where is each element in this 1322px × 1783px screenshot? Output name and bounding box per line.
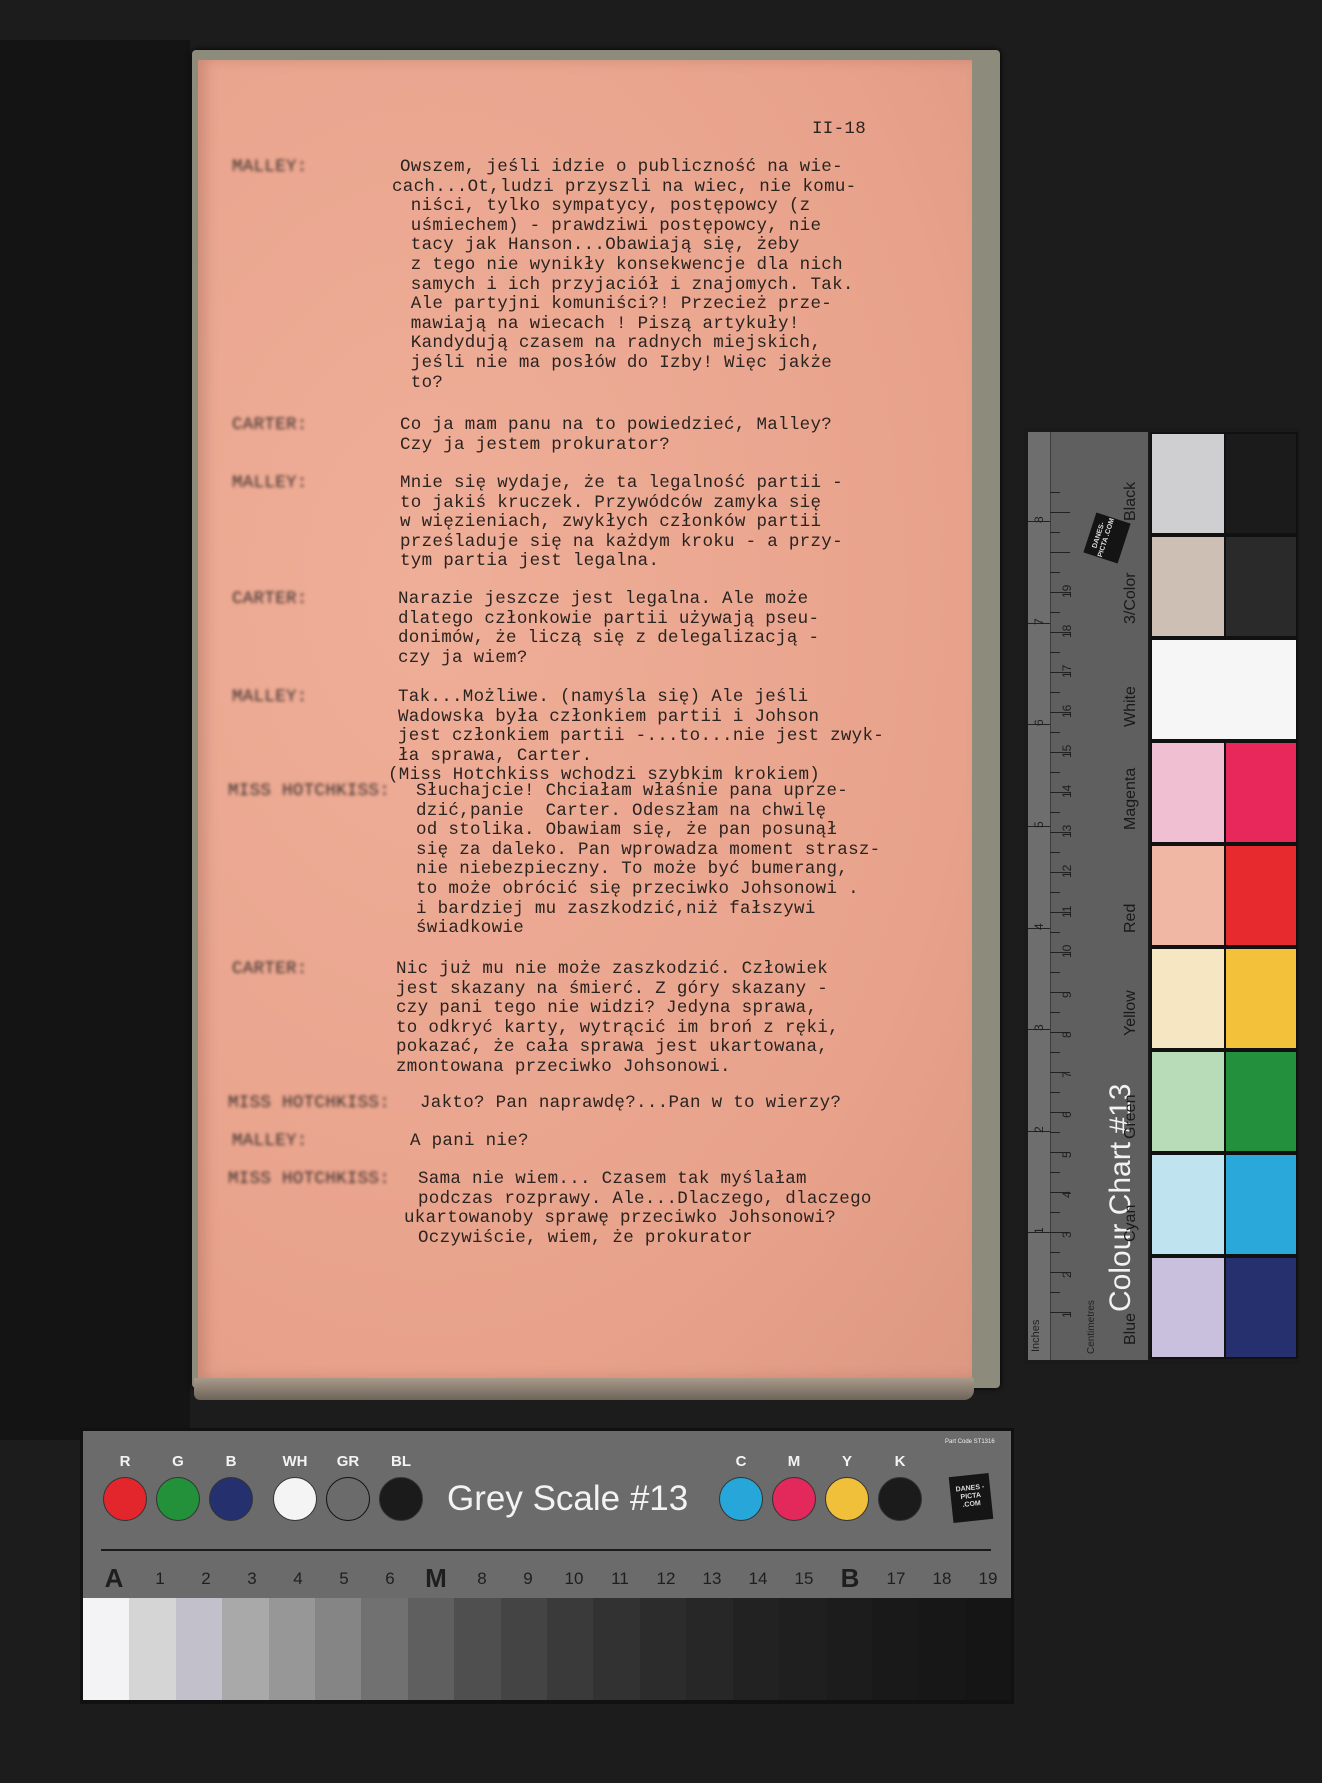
step-label: 3 — [237, 1569, 267, 1589]
step-label: 2 — [191, 1569, 221, 1589]
ruler-tick — [1050, 1092, 1060, 1093]
inch-tick-label: 6 — [1032, 720, 1046, 727]
dialogue-line: Oczywiście, wiem, że prokurator — [418, 1229, 753, 1249]
colour-patch-label: 3/Color — [1122, 572, 1140, 624]
ruler-tick — [1050, 532, 1060, 533]
ruler-tick — [1050, 692, 1060, 693]
dialogue-line: zmontowana przeciwko Johsonowi. — [396, 1058, 731, 1078]
step-label: 13 — [697, 1569, 727, 1589]
dialogue-line: A pani nie? — [410, 1132, 529, 1152]
ruler-tick — [1050, 772, 1060, 773]
grey-step-patch — [222, 1598, 268, 1700]
colour-patch-label: Black — [1122, 482, 1140, 521]
dialogue-line: Ale partyjni komuniści?! Przecież prze- — [400, 295, 832, 315]
colour-dot — [326, 1477, 370, 1521]
colour-patch-label: Green — [1122, 1095, 1140, 1139]
speaker-name: MISS HOTCHKISS: — [228, 1170, 390, 1190]
dialogue-line: cach...Ot,ludzi przyszli na wiec, nie ko… — [392, 178, 856, 198]
dialogue-line: dlatego członkowie partii używają pseu- — [398, 610, 819, 630]
inch-tick-label: 8 — [1032, 517, 1046, 524]
dialogue-line: ukartowanoby sprawę przeciwko Johsonowi? — [404, 1209, 836, 1229]
dialogue-line: uśmiechem) - prawdziwi postępowcy, nie — [400, 217, 821, 237]
dialogue-line: Narazie jeszcze jest legalna. Ale może — [398, 590, 808, 610]
dialogue-line: Nic już mu nie może zaszkodzić. Człowiek — [396, 960, 828, 980]
cm-tick-label: 17 — [1060, 665, 1074, 678]
colour-dot — [103, 1477, 147, 1521]
grey-step-patch — [547, 1598, 593, 1700]
dialogue-line: to jakiś kruczek. Przywódców zamyka się — [400, 494, 821, 514]
dialogue-line: to? — [400, 374, 443, 394]
cm-tick-label: 4 — [1060, 1191, 1074, 1198]
ruler-tick — [1050, 812, 1060, 813]
grey-step-patch — [640, 1598, 686, 1700]
cm-tick-label: 19 — [1060, 585, 1074, 598]
ruler-tick — [1050, 572, 1060, 573]
dialogue-line: się za daleko. Pan wprowadza moment stra… — [416, 841, 880, 861]
step-label: 15 — [789, 1569, 819, 1589]
grey-step-patch — [593, 1598, 639, 1700]
page-number: II-18 — [812, 120, 866, 140]
dot-label: GR — [328, 1453, 368, 1470]
grey-step-patch — [501, 1598, 547, 1700]
inch-tick-label: 4 — [1032, 923, 1046, 930]
dialogue-line: Wadowska była członkiem partii i Johson — [398, 708, 819, 728]
grey-step-patch — [129, 1598, 175, 1700]
step-label: 10 — [559, 1569, 589, 1589]
grey-step-patch — [454, 1598, 500, 1700]
dialogue-line: Tak...Możliwe. (namyśla się) Ale jeśli — [398, 688, 808, 708]
dialogue-line: ła sprawa, Carter. — [398, 747, 592, 767]
speaker-name: MISS HOTCHKISS: — [228, 782, 390, 802]
ruler-tick — [1050, 612, 1060, 613]
dialogue-line: Kandydują czasem na radnych miejskich, — [400, 334, 821, 354]
colour-patch-light — [1150, 844, 1226, 947]
grey-step-patch — [686, 1598, 732, 1700]
cm-tick-label: 6 — [1060, 1111, 1074, 1118]
ruler-tick — [1050, 512, 1070, 513]
dialogue-line: podczas rozprawy. Ale...Dlaczego, dlacze… — [418, 1190, 872, 1210]
inch-tick-label: 3 — [1032, 1025, 1046, 1032]
colour-patch-light — [1150, 1153, 1226, 1256]
dialogue-line: od stolika. Obawiam się, że pan posunął — [416, 821, 837, 841]
dialogue-line: prześladuje się na każdym kroku - a przy… — [400, 533, 843, 553]
colour-dot — [825, 1477, 869, 1521]
step-label: 4 — [283, 1569, 313, 1589]
ruler-tick — [1050, 1212, 1060, 1213]
page-bottom-edge — [194, 1378, 974, 1400]
ruler-tick — [1050, 1012, 1060, 1013]
cm-tick-label: 10 — [1060, 945, 1074, 958]
step-label: A — [99, 1563, 129, 1594]
dialogue-line: Sama nie wiem... Czasem tak myślałam — [418, 1170, 807, 1190]
speaker-name: CARTER: — [232, 416, 308, 436]
ruler-tick — [1050, 1052, 1060, 1053]
danes-picta-logo: DANES -PICTA .COM — [949, 1473, 994, 1523]
inch-tick-label: 1 — [1032, 1228, 1046, 1235]
step-label: 17 — [881, 1569, 911, 1589]
dot-label: K — [880, 1453, 920, 1470]
cm-tick-label: 16 — [1060, 705, 1074, 718]
ruler-tick — [1050, 1292, 1060, 1293]
dialogue-line: świadkowie — [416, 919, 524, 939]
cm-tick-label: 7 — [1060, 1071, 1074, 1078]
step-label: 5 — [329, 1569, 359, 1589]
step-label: B — [835, 1563, 865, 1594]
cm-tick-label: 18 — [1060, 625, 1074, 638]
colour-dot — [772, 1477, 816, 1521]
inches-scale — [1028, 432, 1051, 1360]
dot-label: WH — [275, 1453, 315, 1470]
dialogue-line: Jakto? Pan naprawdę?...Pan w to wierzy? — [420, 1094, 841, 1114]
cm-tick-label: 14 — [1060, 785, 1074, 798]
grey-step-patch — [872, 1598, 918, 1700]
dot-label: R — [105, 1453, 145, 1470]
ruler-tick — [1050, 972, 1060, 973]
step-label: 8 — [467, 1569, 497, 1589]
speaker-name: MISS HOTCHKISS: — [228, 1094, 390, 1114]
speaker-name: CARTER: — [232, 960, 308, 980]
colour-patch-light — [1150, 1256, 1226, 1359]
grey-step-patch — [361, 1598, 407, 1700]
colour-patch-light — [1150, 535, 1226, 638]
dialogue-line: nie niebezpieczny. To może być bumerang, — [416, 860, 848, 880]
cm-tick-label: 13 — [1060, 825, 1074, 838]
divider — [101, 1549, 991, 1551]
colour-patch-dark — [1224, 432, 1298, 535]
speaker-name: MALLEY: — [232, 1132, 308, 1152]
dialogue-line: czy ja wiem? — [398, 649, 528, 669]
colour-patch-light — [1150, 741, 1226, 844]
colour-dot — [878, 1477, 922, 1521]
cm-tick-label: 8 — [1060, 1031, 1074, 1038]
grey-step-patch — [408, 1598, 454, 1700]
ruler-tick — [1050, 732, 1060, 733]
colour-patch-label: White — [1122, 686, 1140, 727]
colour-patch-dark — [1224, 1050, 1298, 1153]
colour-patch-label: Cyan — [1122, 1205, 1140, 1242]
dialogue-line: jeśli nie ma posłów do Izby! Więc jakże — [400, 354, 832, 374]
inch-tick-label: 7 — [1032, 618, 1046, 625]
dot-label: Y — [827, 1453, 867, 1470]
ruler-tick — [1050, 492, 1060, 493]
ruler-tick — [1050, 1252, 1060, 1253]
cm-tick-label: 11 — [1060, 906, 1074, 918]
dot-label: C — [721, 1453, 761, 1470]
colour-dot — [719, 1477, 763, 1521]
grey-step-patch — [826, 1598, 872, 1700]
grey-step-patch — [83, 1598, 129, 1700]
cm-tick-label: 9 — [1060, 991, 1074, 998]
cm-tick-label: 15 — [1060, 745, 1074, 758]
dot-label: G — [158, 1453, 198, 1470]
grey-step-patch — [176, 1598, 222, 1700]
colour-patch-dark — [1224, 947, 1298, 1050]
step-label: 12 — [651, 1569, 681, 1589]
inch-tick-label: 2 — [1032, 1126, 1046, 1133]
grey-scale-chart: RGBWHGRBLCMYK Grey Scale #13 Part Code S… — [80, 1428, 1014, 1704]
grey-step-patch — [269, 1598, 315, 1700]
colour-patch-dark — [1224, 844, 1298, 947]
dialogue-line: niści, tylko sympatycy, postępowcy (z — [400, 197, 810, 217]
grey-scale-header: RGBWHGRBLCMYK Grey Scale #13 Part Code S… — [83, 1431, 1011, 1601]
dialogue-line: jest członkiem partii -...to...nie jest … — [398, 727, 884, 747]
cm-tick-label: 12 — [1060, 865, 1074, 878]
dialogue-line: pokazać, że cała sprawa jest ukartowana, — [396, 1038, 828, 1058]
colour-patch-dark — [1224, 741, 1298, 844]
dialogue-line: to może obrócić się przeciwko Johsonowi … — [416, 880, 859, 900]
colour-patch-light — [1150, 947, 1226, 1050]
step-label: 19 — [973, 1569, 1003, 1589]
grey-step-strip — [83, 1598, 1011, 1700]
ruler-tick — [1050, 852, 1060, 853]
dialogue-line: i bardziej mu zaszkodzić,niż fałszywi — [416, 900, 816, 920]
dialogue-line: Słuchajcie! Chciałam właśnie pana uprze- — [416, 782, 848, 802]
dialogue-line: Owszem, jeśli idzie o publiczność na wie… — [400, 158, 843, 178]
dialogue-line: czy pani tego nie widzi? Jedyna sprawa, — [396, 999, 817, 1019]
dialogue-line: dzić,panie Carter. Odeszłam na chwilę — [416, 802, 826, 822]
colour-patch-dark — [1224, 1256, 1298, 1359]
ruler-tick — [1050, 652, 1060, 653]
dialogue-line: jest skazany na śmierć. Z góry skazany - — [396, 980, 828, 1000]
colour-dot — [209, 1477, 253, 1521]
dialogue-line: Czy ja jestem prokurator? — [400, 436, 670, 456]
dot-label: BL — [381, 1453, 421, 1470]
colour-patch-dark — [1224, 535, 1298, 638]
dialogue-line: tym partia jest legalna. — [400, 552, 659, 572]
grey-step-patch — [965, 1598, 1011, 1700]
ruler-tick — [1050, 552, 1070, 553]
colour-patch-label: Blue — [1122, 1313, 1140, 1345]
dot-label: B — [211, 1453, 251, 1470]
dialogue-line: donimów, że liczą się z delegalizacją - — [398, 629, 819, 649]
colour-chart: 1234567891011121314151617181912345678 In… — [1024, 428, 1300, 1364]
cm-tick-label: 5 — [1060, 1151, 1074, 1158]
dot-label: M — [774, 1453, 814, 1470]
colour-patch-light — [1150, 1050, 1226, 1153]
speaker-name: MALLEY: — [232, 688, 308, 708]
colour-patch-label: Yellow — [1122, 990, 1140, 1036]
dialogue-line: Co ja mam panu na to powiedzieć, Malley? — [400, 416, 832, 436]
step-label: 11 — [605, 1569, 635, 1589]
grey-scale-title: Grey Scale #13 — [447, 1479, 688, 1519]
colour-patch-label: Magenta — [1122, 768, 1140, 830]
grey-step-patch — [918, 1598, 964, 1700]
inches-label: Inches — [1030, 1320, 1042, 1352]
ruler-tick — [1050, 1132, 1060, 1133]
grey-step-patch — [779, 1598, 825, 1700]
dialogue-line: to odkryć karty, wytrącić im broń z ręki… — [396, 1019, 839, 1039]
step-label: 6 — [375, 1569, 405, 1589]
dialogue-line: w więzieniach, zwykłych członków partii — [400, 513, 821, 533]
speaker-name: CARTER: — [232, 590, 308, 610]
dialogue-line: Mnie się wydaje, że ta legalność partii … — [400, 474, 843, 494]
colour-patch-white — [1150, 638, 1298, 741]
colour-patch-dark — [1224, 1153, 1298, 1256]
colour-patch-label: Red — [1122, 904, 1140, 933]
colour-patch-light — [1150, 432, 1226, 535]
ruler-tick — [1050, 932, 1060, 933]
step-label: 18 — [927, 1569, 957, 1589]
grey-step-patch — [315, 1598, 361, 1700]
speaker-name: MALLEY: — [232, 474, 308, 494]
cm-tick-label: 3 — [1060, 1231, 1074, 1238]
ruler-tick — [1050, 892, 1060, 893]
inch-tick-label: 5 — [1032, 821, 1046, 828]
step-label: 1 — [145, 1569, 175, 1589]
dialogue-line: samych i ich przyjaciół i znajomych. Tak… — [400, 276, 854, 296]
centimetres-label: Centimetres — [1086, 1300, 1097, 1354]
dialogue-line: tacy jak Hanson...Obawiają się, żeby — [400, 236, 800, 256]
step-label: 14 — [743, 1569, 773, 1589]
step-label: 9 — [513, 1569, 543, 1589]
step-label: M — [421, 1563, 451, 1594]
scanner-background — [0, 40, 190, 1440]
grey-step-patch — [733, 1598, 779, 1700]
ruler-tick — [1050, 1172, 1060, 1173]
dialogue-line: z tego nie wynikły konsekwencje dla nich — [400, 256, 843, 276]
colour-dot — [379, 1477, 423, 1521]
part-code: Part Code ST1316 — [945, 1439, 995, 1446]
speaker-name: MALLEY: — [232, 158, 308, 178]
cm-tick-label: 1 — [1060, 1311, 1074, 1318]
colour-dot — [156, 1477, 200, 1521]
cm-tick-label: 2 — [1060, 1271, 1074, 1278]
colour-dot — [273, 1477, 317, 1521]
dialogue-line: mawiają na wiecach ! Piszą artykuły! — [400, 315, 800, 335]
